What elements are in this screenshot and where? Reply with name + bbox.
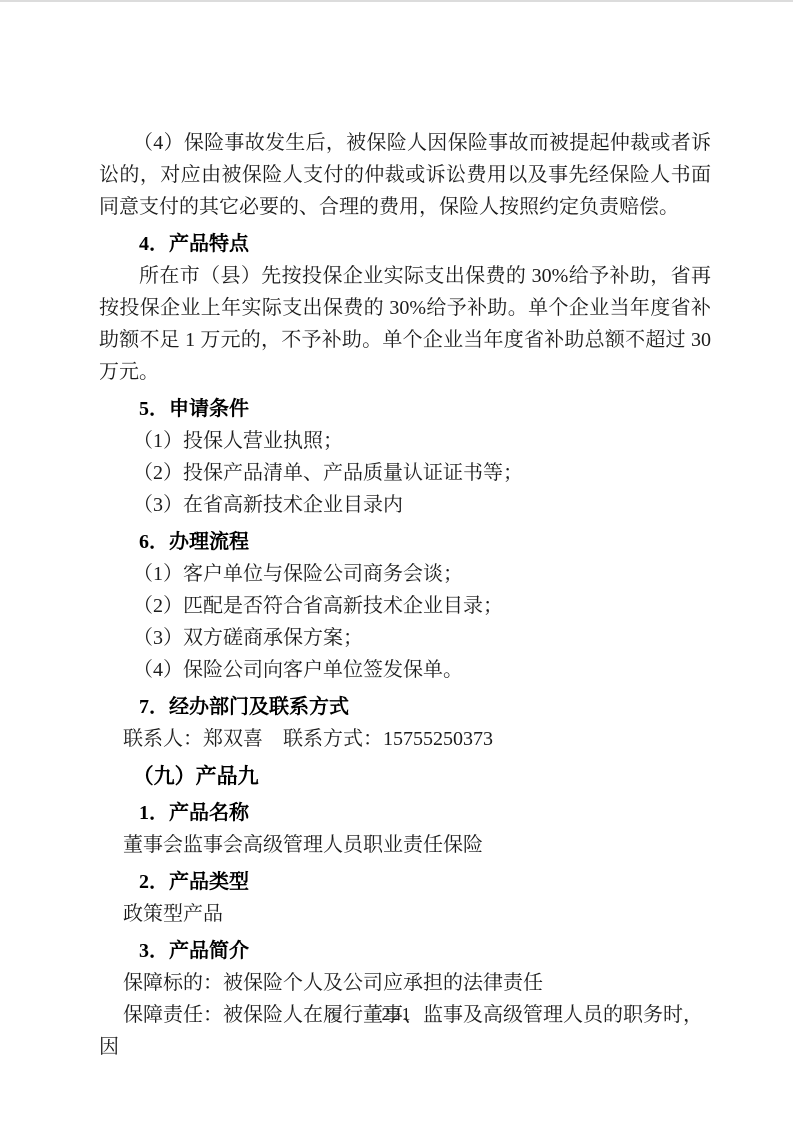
heading-product-name: 1．产品名称 [99,797,711,829]
list-item: （1）客户单位与保险公司商务会谈； [99,558,711,590]
list-item: （1）投保人营业执照； [99,425,711,457]
paragraph-arbitration-costs: （4）保险事故发生后，被保险人因保险事故而被提起仲裁或者诉讼的，对应由被保险人支… [99,127,711,223]
contact-info-line: 联系人：郑双喜 联系方式：15755250373 [99,723,711,755]
paragraph-subsidy-policy: 所在市（县）先按投保企业实际支出保费的 30%给予补助，省再按投保企业上年实际支… [99,260,711,388]
list-item: （4）保险公司向客户单位签发保单。 [99,654,711,686]
page-number: 221 [0,1002,793,1026]
list-item: （3）双方磋商承保方案； [99,622,711,654]
scan-edge-line [0,0,793,2]
heading-product-features: 4．产品特点 [99,228,711,260]
heading-processing-flow: 6．办理流程 [99,526,711,558]
product-name-line: 董事会监事会高级管理人员职业责任保险 [99,829,711,861]
chapter-heading-product-nine: （九）产品九 [99,760,711,792]
list-item: （2）匹配是否符合省高新技术企业目录； [99,590,711,622]
list-item: （3）在省高新技术企业目录内 [99,489,711,521]
heading-product-type: 2．产品类型 [99,866,711,898]
product-type-line: 政策型产品 [99,898,711,930]
heading-application-conditions: 5．申请条件 [99,393,711,425]
heading-contact-department: 7．经办部门及联系方式 [99,691,711,723]
heading-product-intro: 3．产品简介 [99,935,711,967]
document-page: （4）保险事故发生后，被保险人因保险事故而被提起仲裁或者诉讼的，对应由被保险人支… [0,0,793,1122]
list-item: （2）投保产品清单、产品质量认证证书等； [99,457,711,489]
coverage-subject-line: 保障标的：被保险个人及公司应承担的法律责任 [99,967,711,999]
document-content: （4）保险事故发生后，被保险人因保险事故而被提起仲裁或者诉讼的，对应由被保险人支… [99,127,711,1063]
